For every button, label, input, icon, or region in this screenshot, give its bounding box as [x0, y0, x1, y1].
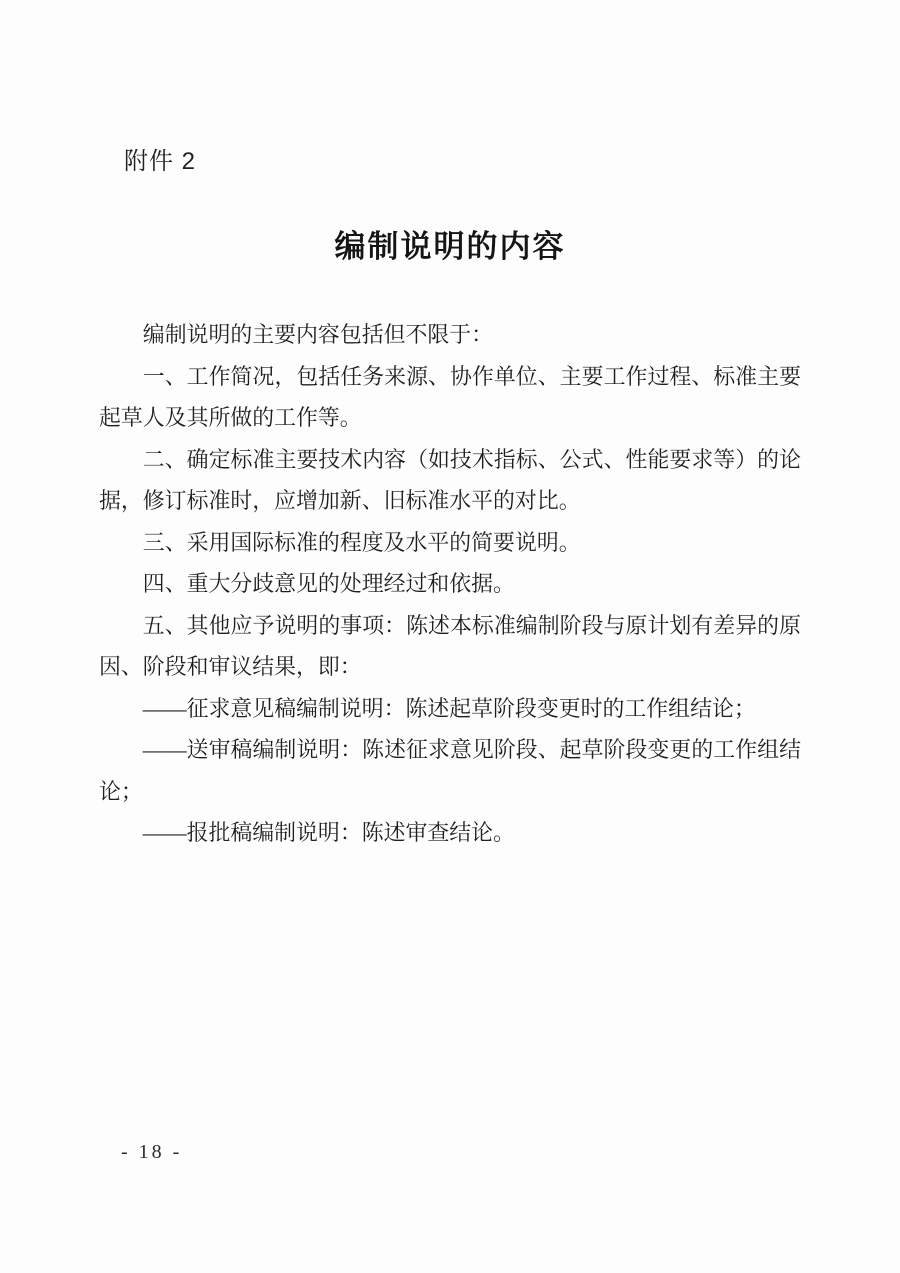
paragraph-item-2: 二、确定标准主要技术内容（如技术指标、公式、性能要求等）的论据，修订标准时，应增… [99, 439, 801, 522]
paragraph-item-5: 五、其他应予说明的事项：陈述本标准编制阶段与原计划有差异的原因、阶段和审议结果，… [99, 605, 801, 688]
document-page: 附件 2 编制说明的内容 编制说明的主要内容包括但不限于： 一、工作简况，包括任… [0, 0, 900, 1273]
paragraph-dash-item-1: ——征求意见稿编制说明：陈述起草阶段变更时的工作组结论； [99, 688, 801, 730]
document-title: 编制说明的内容 [99, 228, 801, 266]
paragraph-item-4: 四、重大分歧意见的处理经过和依据。 [99, 563, 801, 605]
paragraph-intro: 编制说明的主要内容包括但不限于： [99, 314, 801, 356]
paragraph-dash-item-3: ——报批稿编制说明：陈述审查结论。 [99, 812, 801, 854]
attachment-label: 附件 2 [124, 146, 196, 178]
page-number: - 18 - [121, 1138, 182, 1166]
paragraph-item-3: 三、采用国际标准的程度及水平的简要说明。 [99, 522, 801, 564]
paragraph-dash-item-2: ——送审稿编制说明：陈述征求意见阶段、起草阶段变更的工作组结论； [99, 729, 801, 812]
document-body: 编制说明的主要内容包括但不限于： 一、工作简况，包括任务来源、协作单位、主要工作… [99, 314, 801, 854]
paragraph-item-1: 一、工作简况，包括任务来源、协作单位、主要工作过程、标准主要起草人及其所做的工作… [99, 356, 801, 439]
